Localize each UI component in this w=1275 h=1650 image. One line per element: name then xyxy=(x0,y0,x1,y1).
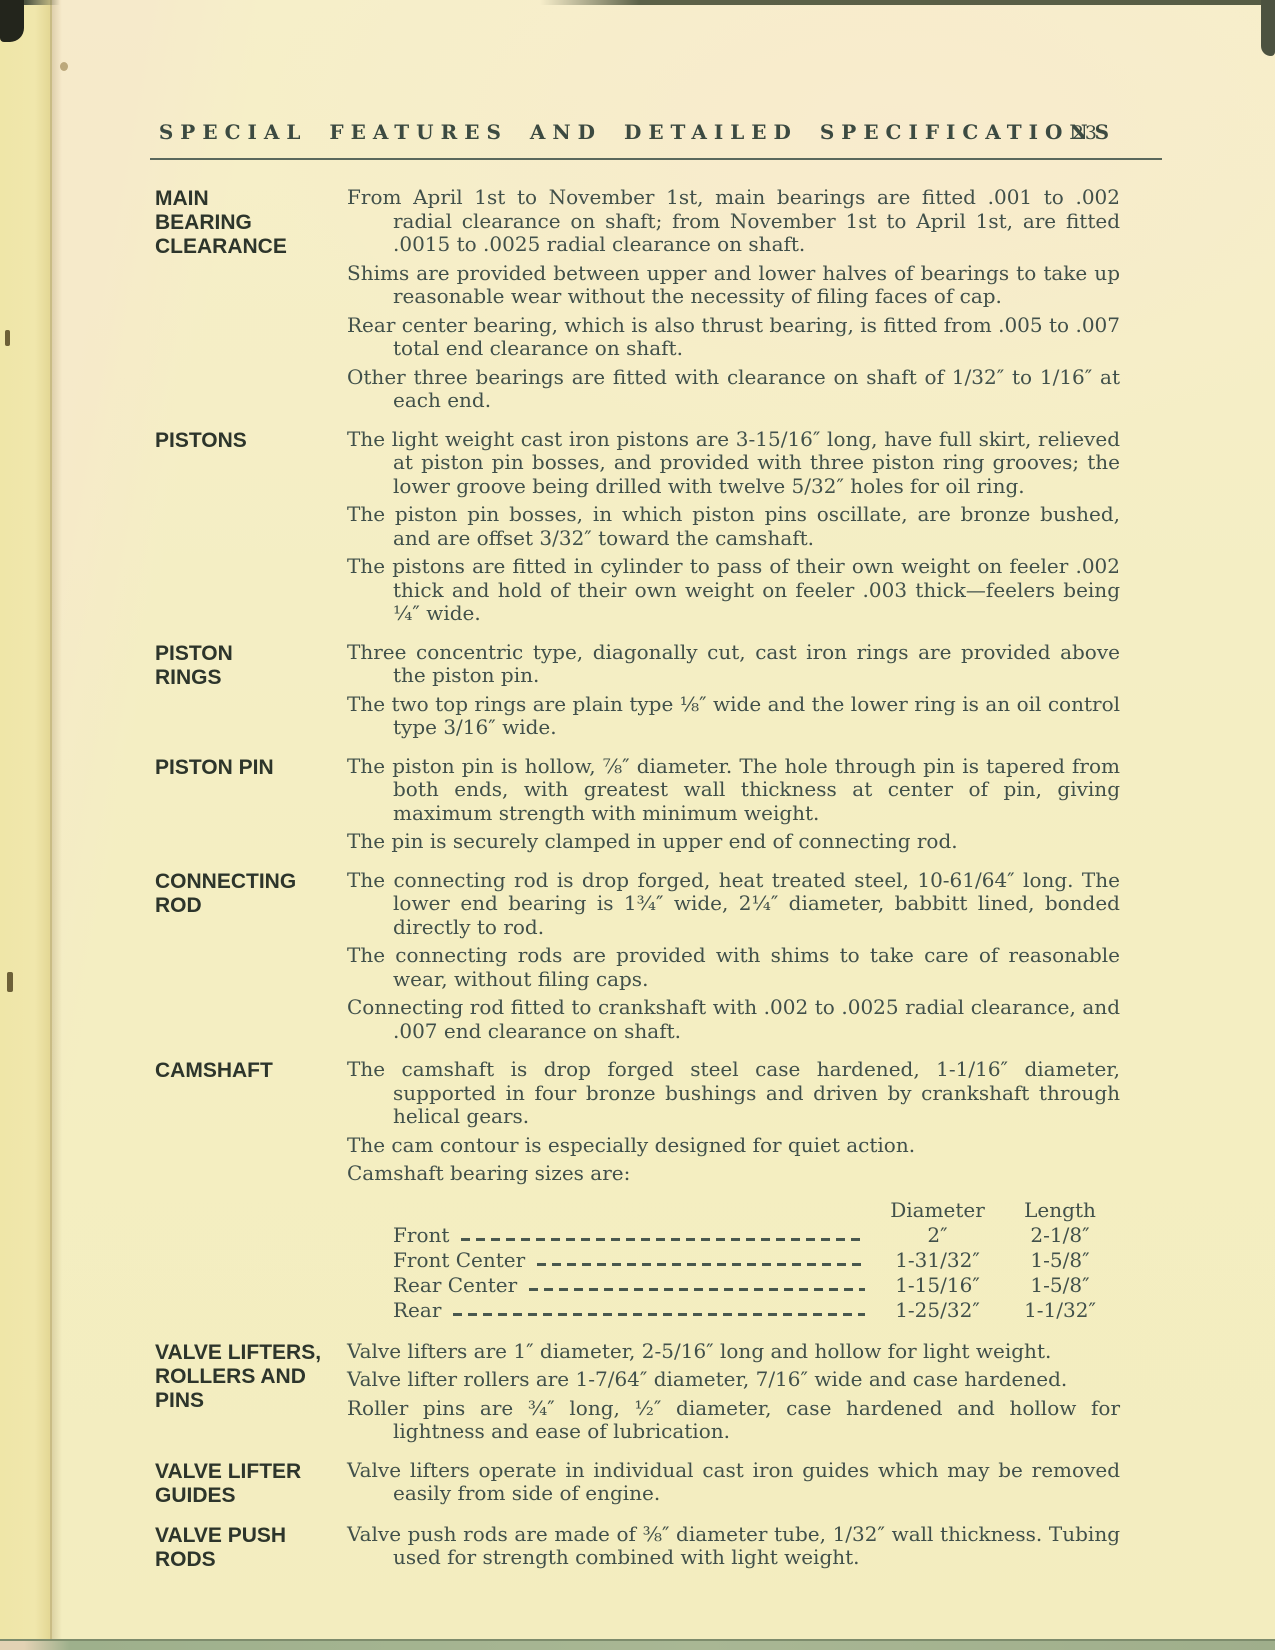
paper-speck xyxy=(7,972,13,992)
binding-shadow xyxy=(52,0,62,1650)
page-content: SPECIAL FEATURES AND DETAILED SPECIFICAT… xyxy=(155,120,1120,1587)
section-heading: PISTONS xyxy=(155,428,347,626)
paragraph: From April 1st to November 1st, main bea… xyxy=(347,186,1120,257)
paragraph: Roller pins are ¾″ long, ½″ diameter, ca… xyxy=(347,1397,1120,1444)
section-heading: VALVE LIFTERS, ROLLERS AND PINS xyxy=(155,1340,347,1444)
camshaft-bearing-size-table: Diameter Length Front 2″ 2-1/8″ Front Ce… xyxy=(393,1198,1120,1323)
paragraph: The cam contour is especially designed f… xyxy=(347,1134,1120,1158)
section-heading: VALVE LIFTER GUIDES xyxy=(155,1459,347,1508)
section-body: The piston pin is hollow, ⅞″ diameter. T… xyxy=(347,755,1120,854)
paragraph: Connecting rod fitted to crankshaft with… xyxy=(347,996,1120,1043)
row-label: Rear Center xyxy=(393,1273,517,1298)
page-header: SPECIAL FEATURES AND DETAILED SPECIFICAT… xyxy=(155,120,1120,150)
diameter-value: 1-31/32″ xyxy=(875,1248,1000,1273)
row-label: Rear xyxy=(393,1298,441,1323)
paragraph: Valve lifters operate in individual cast… xyxy=(347,1459,1120,1506)
header-rule xyxy=(150,158,1162,160)
dash-leader xyxy=(529,1288,865,1291)
section-body: Valve lifters operate in individual cast… xyxy=(347,1459,1120,1508)
section-body: Valve lifters are 1″ diameter, 2-5/16″ l… xyxy=(347,1340,1120,1444)
page-number: 23 xyxy=(1072,122,1098,144)
paragraph: The light weight cast iron pistons are 3… xyxy=(347,428,1120,499)
column-header-length: Length xyxy=(1000,1198,1120,1223)
section-pistons: PISTONS The light weight cast iron pisto… xyxy=(155,428,1120,626)
page-binding-edge xyxy=(0,0,52,1650)
diameter-value: 1-25/32″ xyxy=(875,1298,1000,1323)
table-header-row: Diameter Length xyxy=(393,1198,1120,1223)
row-label: Front xyxy=(393,1223,449,1248)
section-valve-lifters-rollers-pins: VALVE LIFTERS, ROLLERS AND PINS Valve li… xyxy=(155,1340,1120,1444)
leader-spacer xyxy=(405,1213,865,1216)
diameter-value: 2″ xyxy=(875,1223,1000,1248)
top-right-corner-mark xyxy=(1261,0,1275,56)
section-heading: CAMSHAFT xyxy=(155,1058,347,1325)
paragraph: Valve push rods are made of ⅜″ diameter … xyxy=(347,1523,1120,1570)
top-left-corner-mark xyxy=(0,0,24,42)
length-value: 1-5/8″ xyxy=(1000,1273,1120,1298)
section-body: Valve push rods are made of ⅜″ diameter … xyxy=(347,1523,1120,1572)
paragraph: Valve lifters are 1″ diameter, 2-5/16″ l… xyxy=(347,1340,1120,1364)
paragraph: Shims are provided between upper and low… xyxy=(347,262,1120,309)
table-row: Front Center 1-31/32″ 1-5/8″ xyxy=(393,1248,1120,1273)
section-main-bearing-clearance: MAIN BEARING CLEARANCE From April 1st to… xyxy=(155,186,1120,413)
paragraph: Three concentric type, diagonally cut, c… xyxy=(347,641,1120,688)
scanned-manual-page: SPECIAL FEATURES AND DETAILED SPECIFICAT… xyxy=(0,0,1275,1650)
paragraph: Valve lifter rollers are 1-7/64″ diamete… xyxy=(347,1368,1120,1392)
section-heading: CONNECTING ROD xyxy=(155,869,347,1044)
page-top-edge xyxy=(0,0,1275,5)
paragraph: The two top rings are plain type ⅛″ wide… xyxy=(347,693,1120,740)
table-row: Rear 1-25/32″ 1-1/32″ xyxy=(393,1298,1120,1323)
dash-leader xyxy=(461,1238,865,1241)
section-heading: MAIN BEARING CLEARANCE xyxy=(155,186,347,413)
table-row: Front 2″ 2-1/8″ xyxy=(393,1223,1120,1248)
page-bottom-edge xyxy=(0,1639,1275,1650)
column-header-diameter: Diameter xyxy=(875,1198,1000,1223)
length-value: 2-1/8″ xyxy=(1000,1223,1120,1248)
row-label: Front Center xyxy=(393,1248,525,1273)
section-heading: PISTON PIN xyxy=(155,755,347,854)
section-heading: VALVE PUSH RODS xyxy=(155,1523,347,1572)
paragraph: The pin is securely clamped in upper end… xyxy=(347,830,1120,854)
paragraph: The connecting rod is drop forged, heat … xyxy=(347,869,1120,940)
paragraph: The piston pin bosses, in which piston p… xyxy=(347,503,1120,550)
paragraph: Other three bearings are fitted with cle… xyxy=(347,366,1120,413)
dash-leader xyxy=(537,1263,865,1266)
section-piston-pin: PISTON PIN The piston pin is hollow, ⅞″ … xyxy=(155,755,1120,854)
paragraph: The piston pin is hollow, ⅞″ diameter. T… xyxy=(347,755,1120,826)
paragraph: The pistons are fitted in cylinder to pa… xyxy=(347,555,1120,626)
section-body: Three concentric type, diagonally cut, c… xyxy=(347,641,1120,740)
diameter-value: 1-15/16″ xyxy=(875,1273,1000,1298)
section-body: From April 1st to November 1st, main bea… xyxy=(347,186,1120,413)
paper-speck xyxy=(60,62,68,71)
section-valve-push-rods: VALVE PUSH RODS Valve push rods are made… xyxy=(155,1523,1120,1572)
paragraph: The camshaft is drop forged steel case h… xyxy=(347,1058,1120,1129)
section-body: The light weight cast iron pistons are 3… xyxy=(347,428,1120,626)
length-value: 1-1/32″ xyxy=(1000,1298,1120,1323)
length-value: 1-5/8″ xyxy=(1000,1248,1120,1273)
section-piston-rings: PISTON RINGS Three concentric type, diag… xyxy=(155,641,1120,740)
paragraph: Camshaft bearing sizes are: xyxy=(347,1162,1120,1186)
section-camshaft: CAMSHAFT The camshaft is drop forged ste… xyxy=(155,1058,1120,1325)
section-connecting-rod: CONNECTING ROD The connecting rod is dro… xyxy=(155,869,1120,1044)
paper-speck xyxy=(5,330,10,346)
table-row: Rear Center 1-15/16″ 1-5/8″ xyxy=(393,1273,1120,1298)
section-body: The connecting rod is drop forged, heat … xyxy=(347,869,1120,1044)
dash-leader xyxy=(453,1313,865,1316)
section-heading: PISTON RINGS xyxy=(155,641,347,740)
paragraph: Rear center bearing, which is also thrus… xyxy=(347,314,1120,361)
page-title: SPECIAL FEATURES AND DETAILED SPECIFICAT… xyxy=(159,120,1116,144)
paragraph: The connecting rods are provided with sh… xyxy=(347,944,1120,991)
section-body: The camshaft is drop forged steel case h… xyxy=(347,1058,1120,1325)
section-valve-lifter-guides: VALVE LIFTER GUIDES Valve lifters operat… xyxy=(155,1459,1120,1508)
